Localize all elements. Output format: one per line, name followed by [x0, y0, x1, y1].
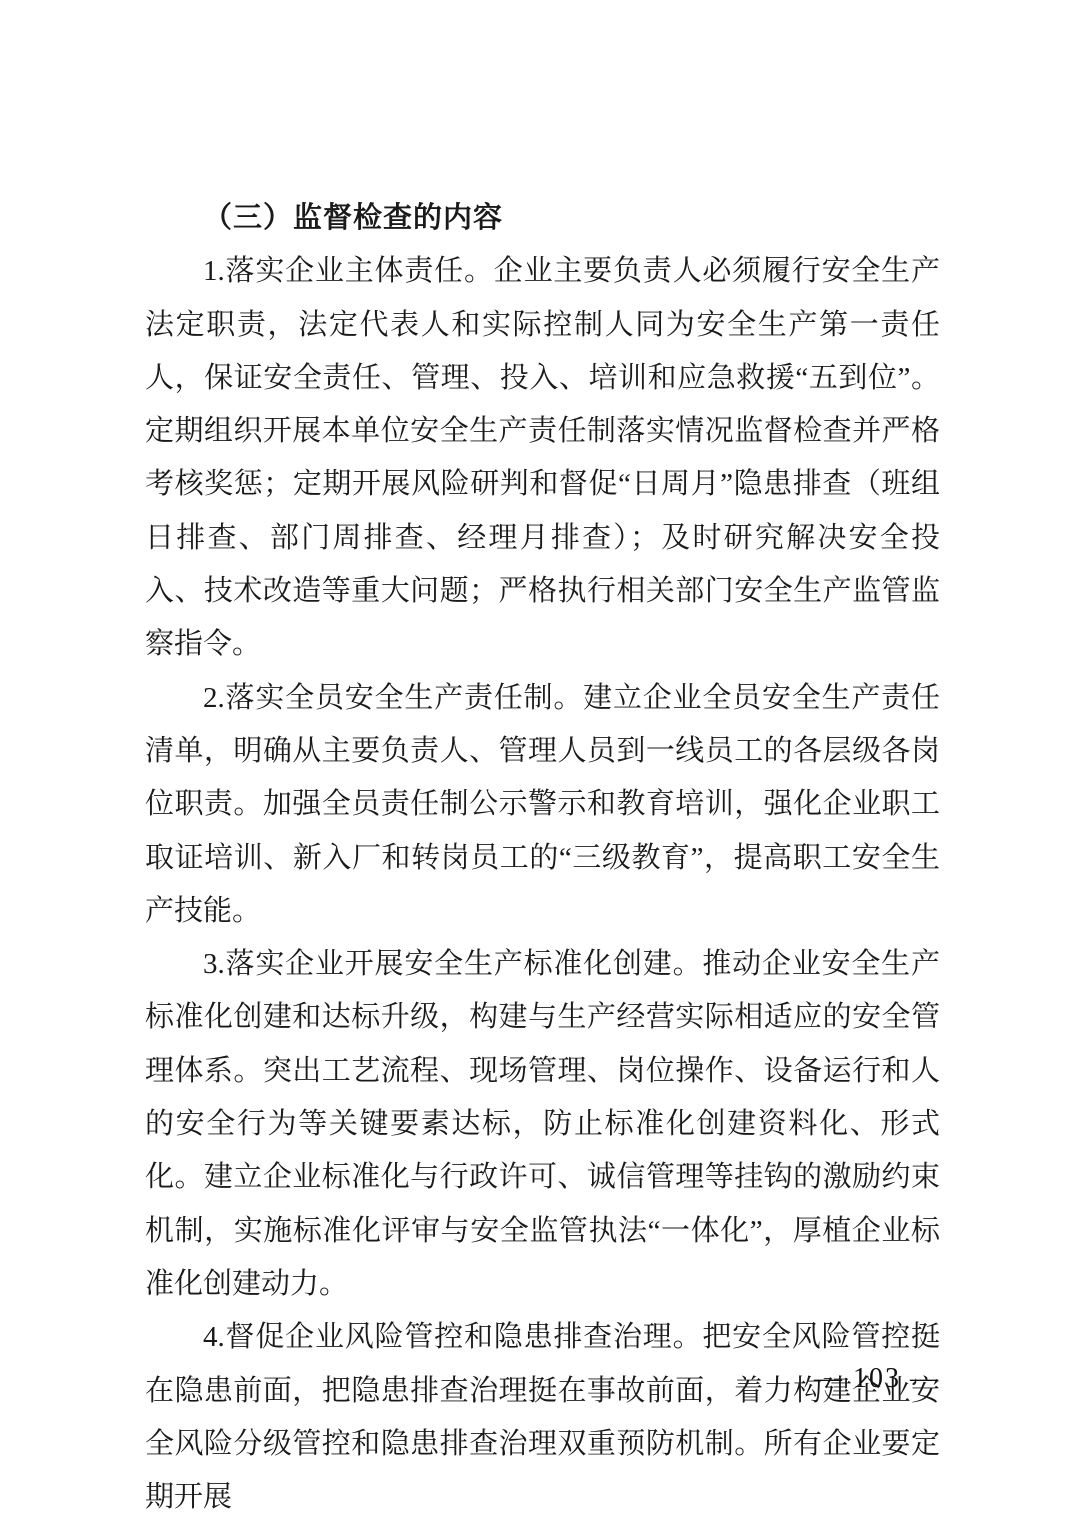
paragraph-item-1: 1.落实企业主体责任。企业主要负责人必须履行安全生产法定职责，法定代表人和实际控… [145, 245, 940, 671]
section-heading: （三）监督检查的内容 [145, 192, 940, 245]
paragraph-item-4: 4.督促企业风险管控和隐患排查治理。把安全风险管控挺在隐患前面，把隐患排查治理挺… [145, 1311, 940, 1520]
page-number: — 103 — [814, 1362, 940, 1396]
paragraph-item-2: 2.落实全员安全生产责任制。建立企业全员安全生产责任清单，明确从主要负责人、管理… [145, 672, 940, 938]
document-page: （三）监督检查的内容 1.落实企业主体责任。企业主要负责人必须履行安全生产法定职… [0, 0, 1074, 1520]
document-body: （三）监督检查的内容 1.落实企业主体责任。企业主要负责人必须履行安全生产法定职… [145, 192, 940, 1520]
paragraph-item-3: 3.落实企业开展安全生产标准化创建。推动企业安全生产标准化创建和达标升级，构建与… [145, 938, 940, 1311]
